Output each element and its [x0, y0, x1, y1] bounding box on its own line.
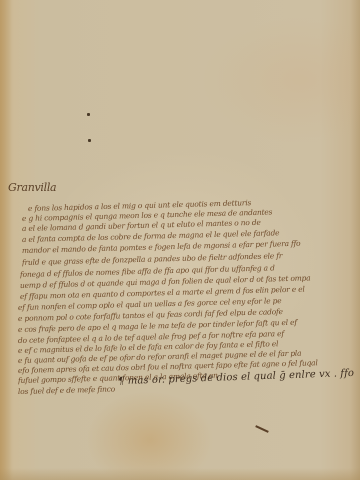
text-line: los fuel def e de mefe finco	[18, 384, 118, 397]
margin-mark-lower	[88, 139, 91, 142]
page-edge-left	[0, 0, 12, 480]
document-heading: Granvilla	[8, 181, 56, 194]
margin-mark-upper	[87, 113, 90, 116]
page-edge-bottom	[0, 468, 360, 480]
ink-stroke-mark	[255, 425, 269, 433]
manuscript-page: Granvilla e fons los hapidos a los el mi…	[0, 0, 360, 480]
